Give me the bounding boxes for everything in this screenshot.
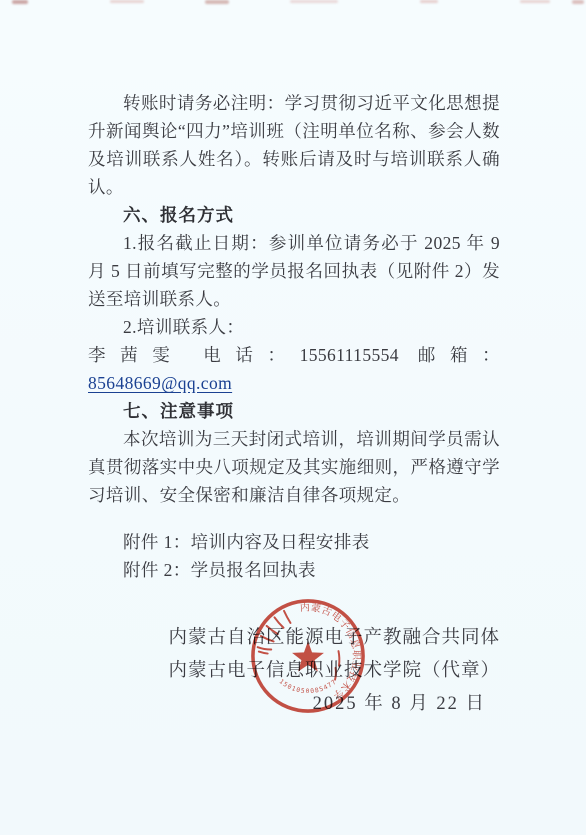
- attachment-1-label: 附件 1：培训内容及日程安排表: [88, 528, 500, 556]
- signature-org-line1: 内蒙古自治区能源电子产教融合共同体: [80, 622, 500, 655]
- document-body: 转账时请务必注明：学习贯彻习近平文化思想提升新闻舆论“四力”培训班（注明单位名称…: [0, 0, 586, 584]
- signature-date: 2025 年 8 月 22 日: [80, 688, 500, 721]
- paragraph-contact-info: 李茜雯 电话：15561115554 邮箱：85648669@qq.com: [88, 341, 500, 397]
- paragraph-deadline: 1.报名截止日期：参训单位请务必于 2025 年 9 月 5 日前填写完整的学员…: [88, 229, 500, 313]
- paragraph-transfer-note: 转账时请务必注明：学习贯彻习近平文化思想提升新闻舆论“四力”培训班（注明单位名称…: [88, 89, 500, 201]
- paragraph-notes: 本次培训为三天封闭式培训，培训期间学员需认真贯彻落实中央八项规定及其实施细则，严…: [88, 425, 500, 509]
- paragraph-contact-label: 2.培训联系人：: [88, 313, 500, 341]
- heading-section-7-notes: 七、注意事项: [88, 397, 500, 425]
- signature-org-line2: 内蒙古电子信息职业技术学院（代章）: [80, 655, 500, 688]
- document-page: 转账时请务必注明：学习贯彻习近平文化思想提升新闻舆论“四力”培训班（注明单位名称…: [0, 0, 586, 835]
- heading-section-6-signup: 六、报名方式: [88, 201, 500, 229]
- attachment-2-label: 附件 2：学员报名回执表: [88, 556, 500, 584]
- signature-block: 内蒙古自治区能源电子产教融合共同体 内蒙古电子信息职业技术学院（代章） 2025…: [80, 622, 500, 721]
- contact-info-text: 李茜雯 电话：15561115554 邮箱：: [88, 345, 500, 365]
- email-link[interactable]: 85648669@qq.com: [88, 373, 232, 393]
